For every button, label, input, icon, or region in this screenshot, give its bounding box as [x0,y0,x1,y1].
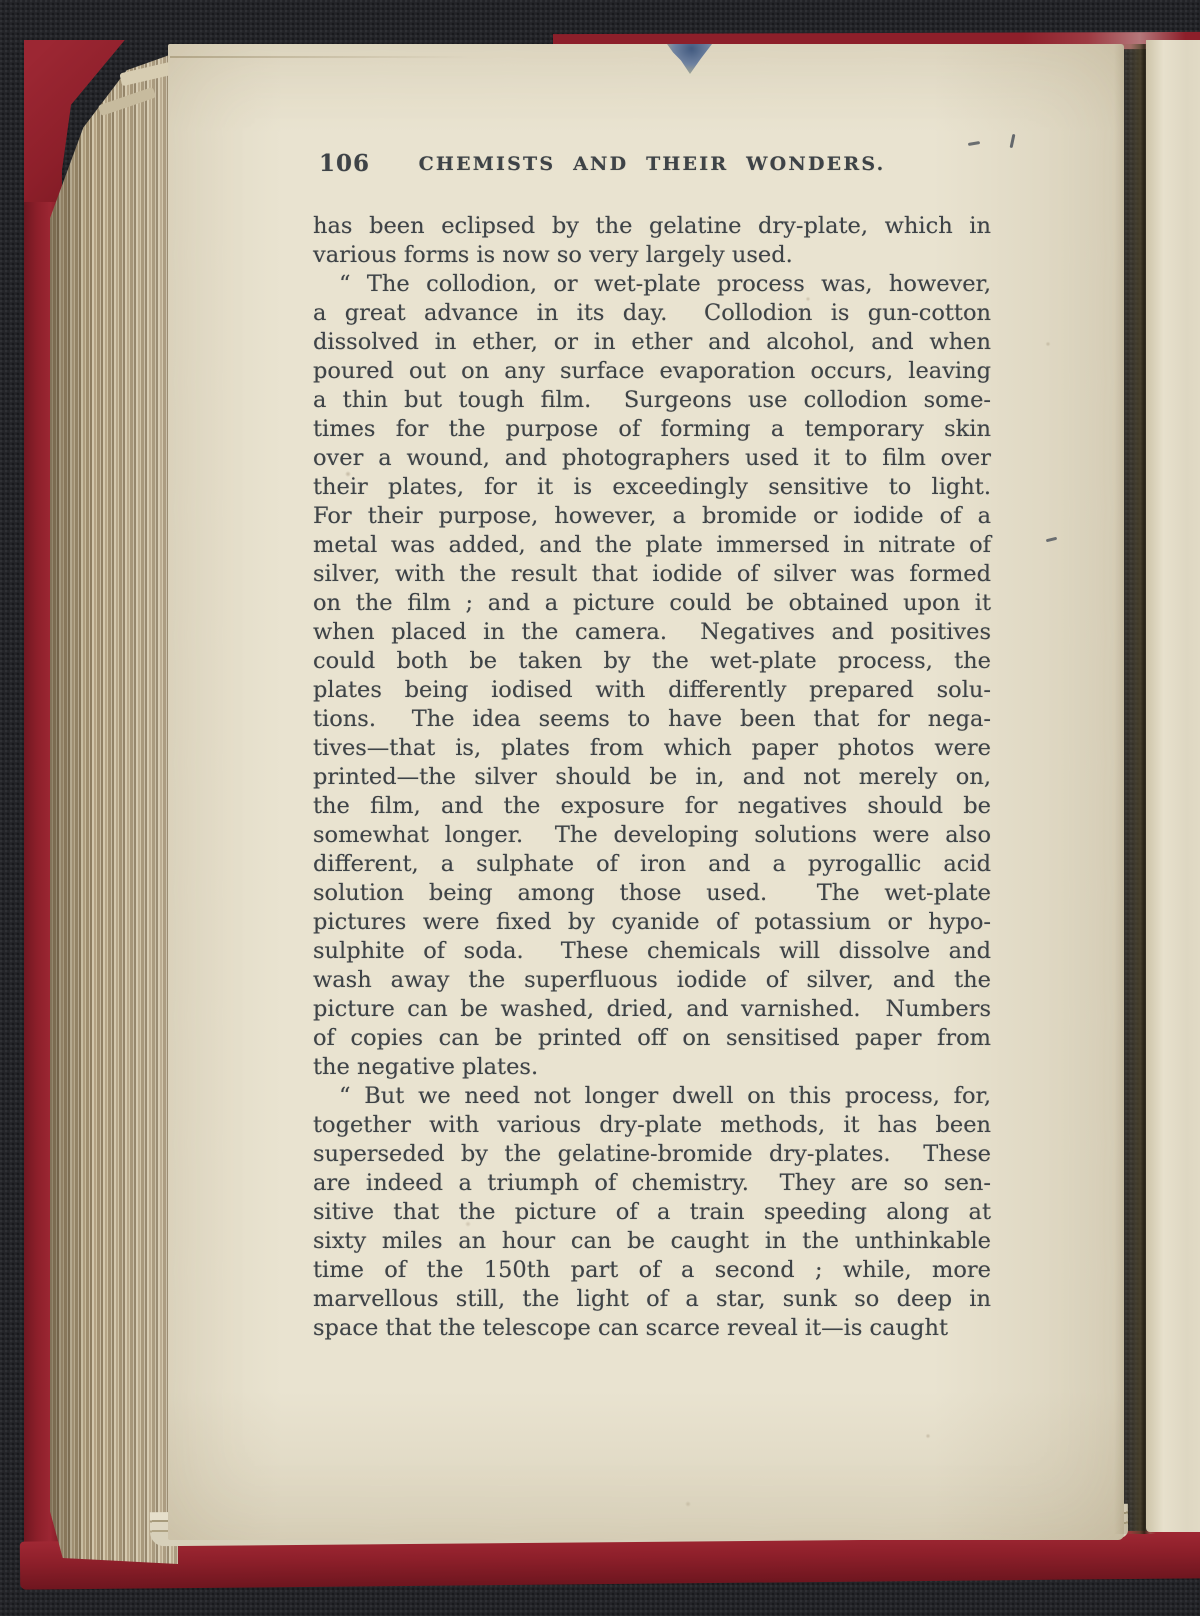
book-page: 106 CHEMISTS AND THEIR WONDERS. has been… [168,44,1124,1540]
text-line: picture can be washed, dried, and varnis… [313,995,991,1024]
text-line: sitive that the picture of a train speed… [313,1198,991,1227]
text-line: silver, with the result that iodide of s… [313,560,991,589]
text-line: could both be taken by the wet-plate pro… [313,647,991,676]
pen-mark-dash [1046,537,1057,543]
text-line: somewhat longer. The developing solution… [313,821,991,850]
page-header: 106 CHEMISTS AND THEIR WONDERS. [313,150,991,186]
ink-stain [664,44,714,74]
page-stack-fore-edge [50,52,178,1564]
text-line: For their purpose, however, a bromide or… [313,502,991,531]
facing-page-sliver [1146,40,1200,1532]
text-line: solution being among those used. The wet… [313,879,991,908]
text-line: has been eclipsed by the gelatine dry-pl… [313,212,991,241]
pen-mark-tick [1010,134,1016,148]
text-line: a thin but tough film. Surgeons use coll… [313,386,991,415]
text-line: superseded by the gelatine-bromide dry-p… [313,1140,991,1169]
text-line: printed—the silver should be in, and not… [313,763,991,792]
text-line: different, a sulphate of iron and a pyro… [313,850,991,879]
photo-background: { "photo": { "background_color": "#23242… [0,0,1200,1616]
text-line: the negative plates. [313,1053,991,1082]
text-line: dissolved in ether, or in ether and alco… [313,328,991,357]
text-line: “ But we need not longer dwell on this p… [313,1082,991,1111]
text-line: sulphite of soda. These chemicals will d… [313,937,991,966]
text-line: pictures were fixed by cyanide of potass… [313,908,991,937]
text-line: wash away the superfluous iodide of silv… [313,966,991,995]
body-lines: has been eclipsed by the gelatine dry-pl… [313,212,991,1343]
pen-mark-dash [968,141,980,146]
text-line: poured out on any surface evaporation oc… [313,357,991,386]
text-line: on the film ; and a picture could be obt… [313,589,991,618]
text-line: together with various dry-plate methods,… [313,1111,991,1140]
text-line: sixty miles an hour can be caught in the… [313,1227,991,1256]
text-line: various forms is now so very largely use… [313,241,991,270]
text-line: tives—that is, plates from which paper p… [313,734,991,763]
text-line: times for the purpose of forming a tempo… [313,415,991,444]
text-line: tions. The idea seems to have been that … [313,705,991,734]
running-title: CHEMISTS AND THEIR WONDERS. [313,153,991,175]
text-line: when placed in the camera. Negatives and… [313,618,991,647]
text-line: the film, and the exposure for negatives… [313,792,991,821]
text-line: of copies can be printed off on sensitis… [313,1024,991,1053]
text-line: marvellous still, the light of a star, s… [313,1285,991,1314]
page-edge-line [170,56,470,58]
text-line: space that the telescope can scarce reve… [313,1314,991,1343]
text-line: plates being iodised with differently pr… [313,676,991,705]
text-line: time of the 150th part of a second ; whi… [313,1256,991,1285]
text-line: “ The collodion, or wet-plate process wa… [313,270,991,299]
text-line: over a wound, and photographers used it … [313,444,991,473]
text-line: their plates, for it is exceedingly sens… [313,473,991,502]
text-line: are indeed a triumph of chemistry. They … [313,1169,991,1198]
text-line: metal was added, and the plate immersed … [313,531,991,560]
text-line: a great advance in its day. Collodion is… [313,299,991,328]
